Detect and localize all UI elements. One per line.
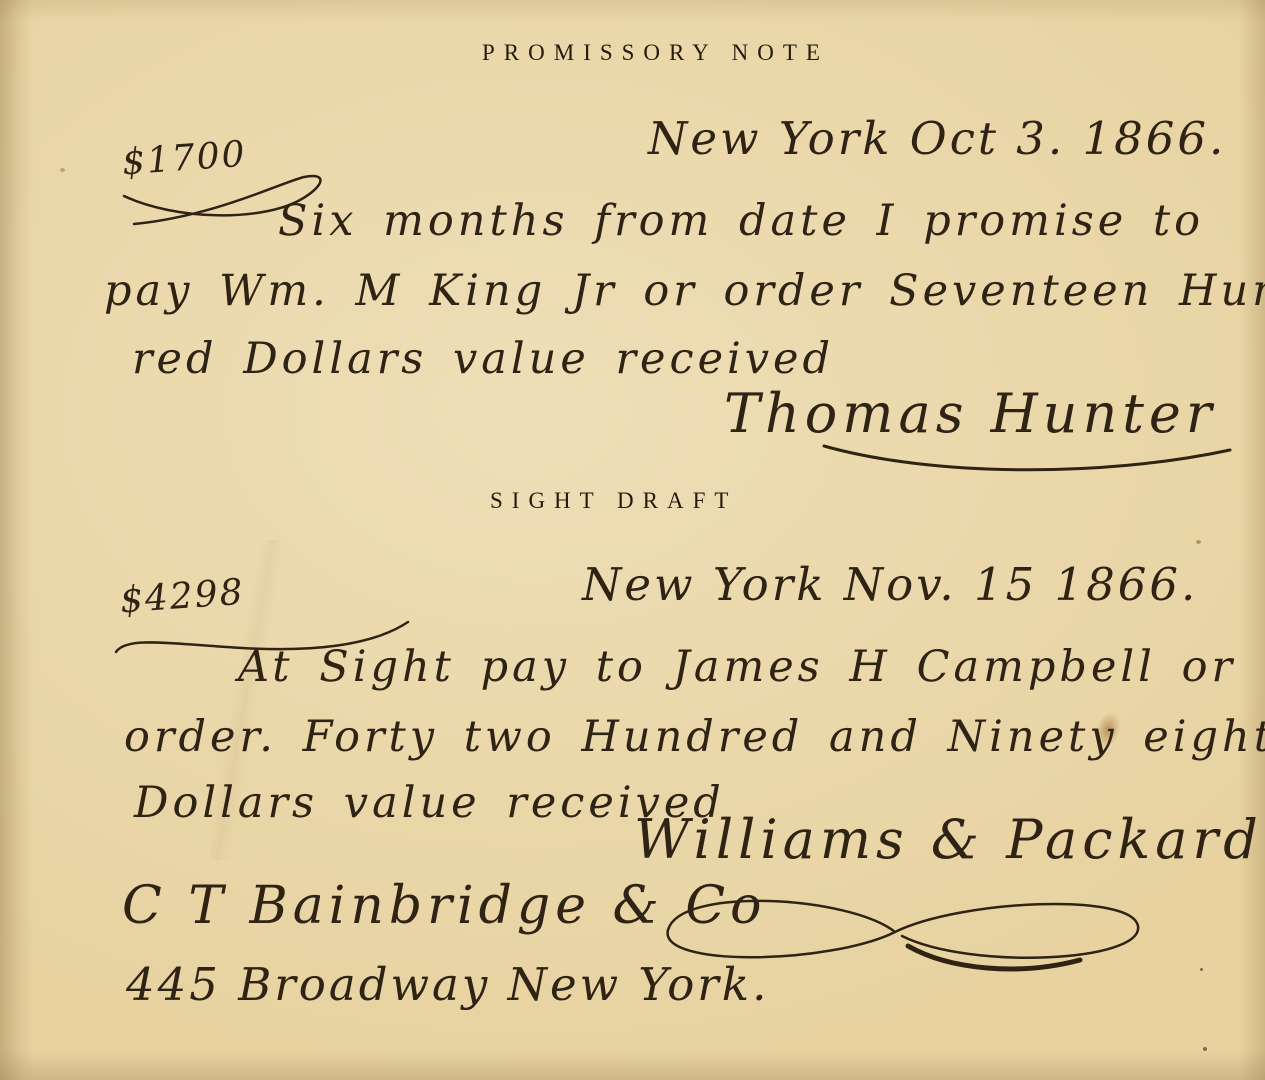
sight-draft-dateline: New York Nov. 15 1866. — [582, 558, 1198, 611]
paper-edge-shadow-bottom — [0, 1050, 1265, 1080]
promissory-signature: Thomas Hunter — [724, 382, 1217, 445]
drawee-address: 445 Broadway New York. — [126, 958, 769, 1011]
paper-speck — [1200, 968, 1203, 971]
paper-speck — [1203, 1047, 1207, 1051]
promissory-note-heading: PROMISSORY NOTE — [482, 40, 829, 66]
sight-draft-signature: Williams & Packard — [634, 808, 1263, 871]
paper-speck — [60, 168, 65, 172]
drawee-name: C T Bainbridge & Co — [122, 876, 766, 936]
sight-draft-body-line1: At Sight pay to James H Campbell or — [238, 642, 1236, 692]
sight-draft-heading: SIGHT DRAFT — [490, 488, 737, 514]
paper-edge-shadow-right — [1239, 0, 1265, 1080]
promissory-body-line1: Six months from date I promise to — [278, 196, 1204, 246]
sight-draft-amount: $4298 — [119, 572, 246, 622]
promissory-body-line3: red Dollars value received — [132, 334, 834, 384]
paper-edge-shadow-left — [0, 0, 34, 1080]
paper-speck — [1196, 540, 1201, 544]
paper-edge-shadow-top — [0, 0, 1265, 22]
promissory-amount: $1700 — [121, 134, 248, 184]
promissory-dateline: New York Oct 3. 1866. — [648, 112, 1226, 165]
paper: { "page": { "paper_color": "#e7d2a0", "i… — [0, 0, 1265, 1080]
promissory-body-line2: pay Wm. M King Jr or order Seventeen Hun… — [104, 266, 1265, 316]
sight-draft-body-line2: order. Forty two Hundred and Ninety eigh… — [124, 712, 1265, 762]
